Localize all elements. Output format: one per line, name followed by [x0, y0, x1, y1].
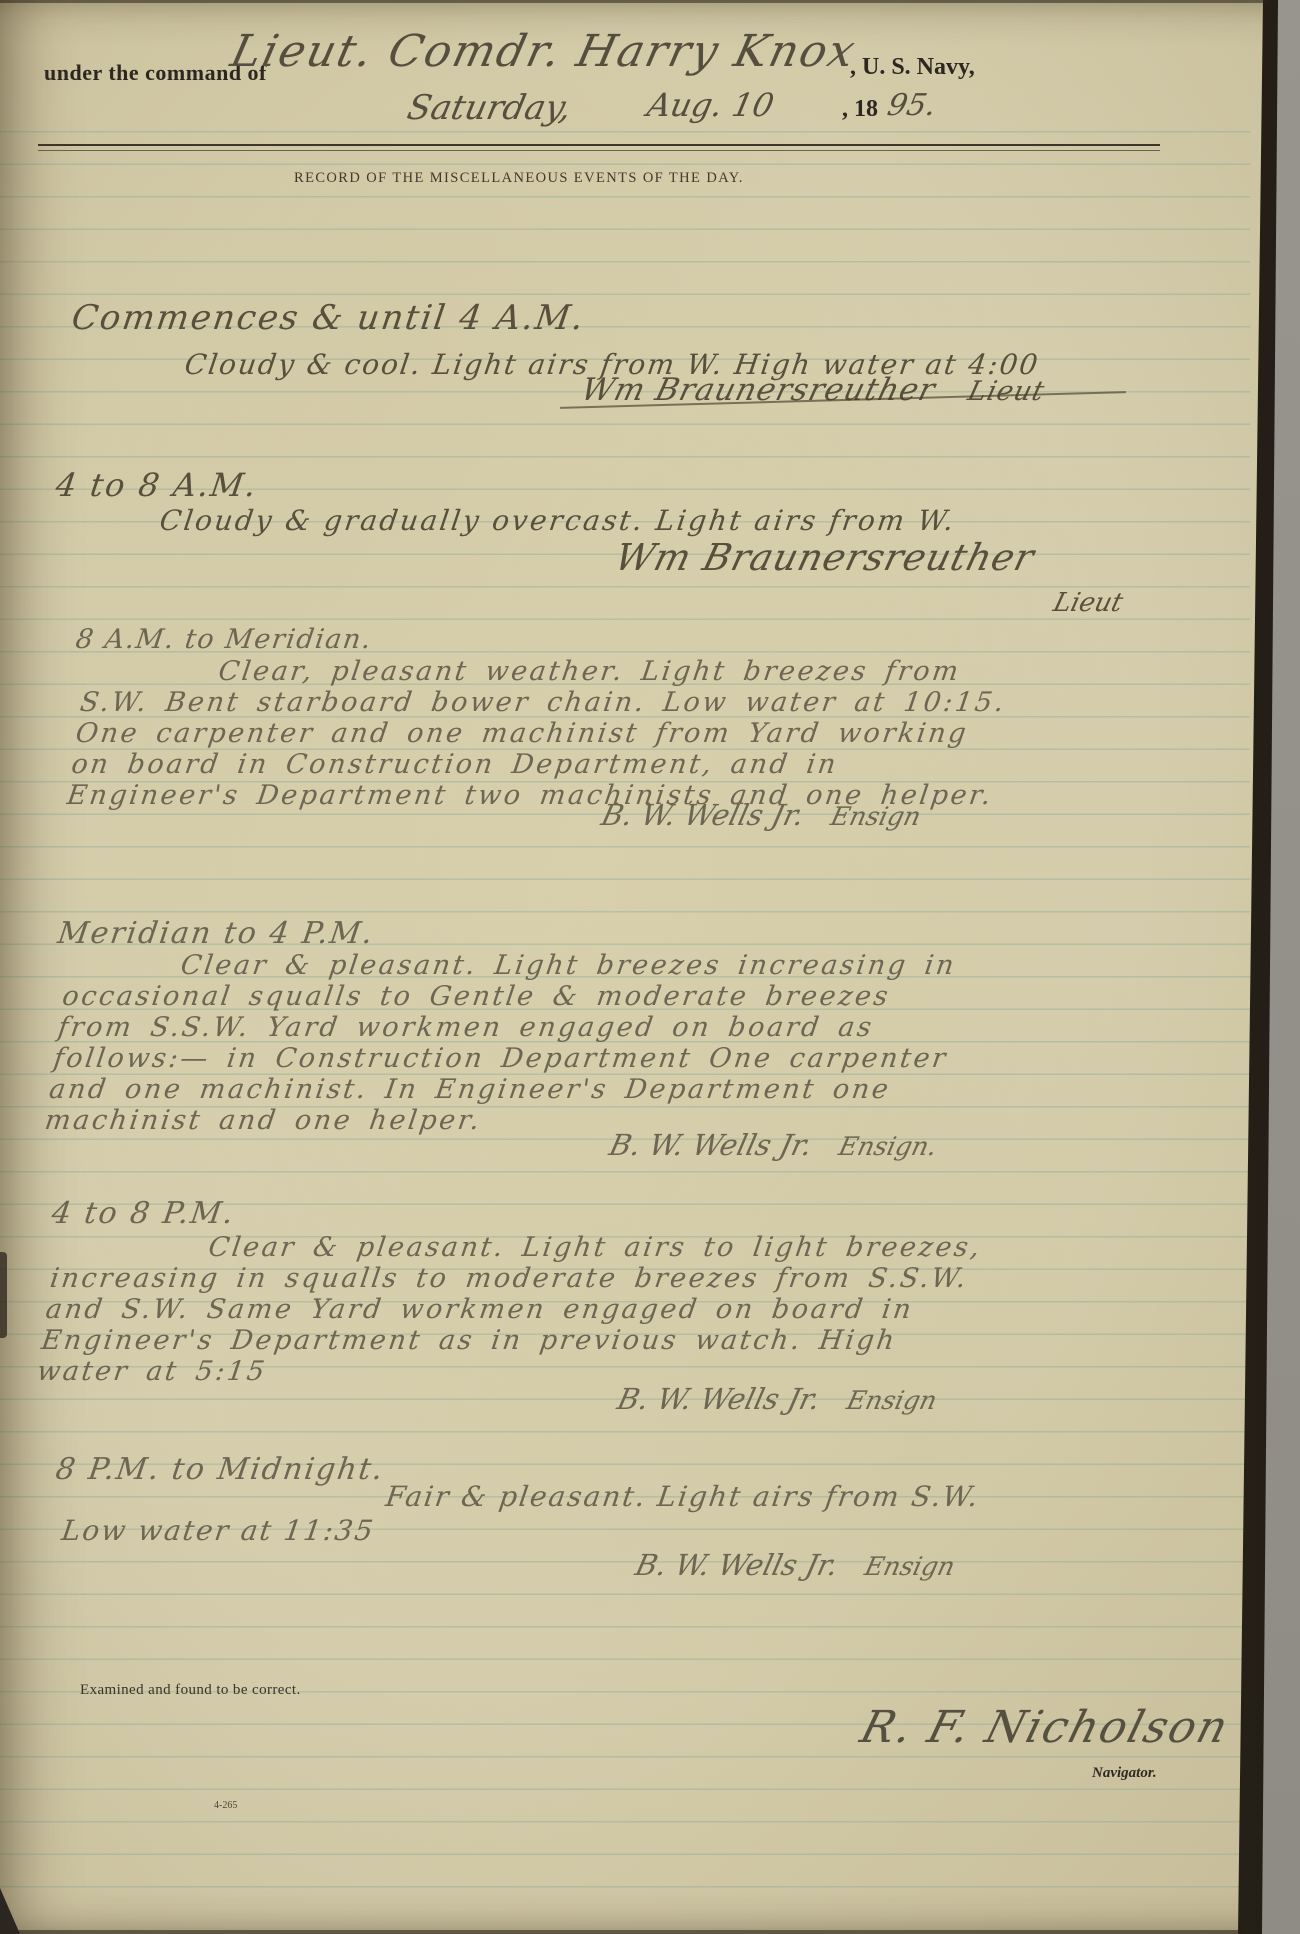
logbook-page-scan: under the command of Lieut. Comdr. Harry…: [0, 0, 1300, 1934]
signature-name: B. W. Wells Jr.: [632, 1548, 842, 1582]
entry-signature: B. W. Wells Jr.Ensign: [614, 1382, 941, 1416]
paper-sheet: under the command of Lieut. Comdr. Harry…: [0, 0, 1300, 1934]
signature-name: Wm Braunersreuther: [611, 536, 1039, 579]
entry-heading-8am-meridian: 8 A.M. to Meridian.: [74, 624, 374, 655]
printed-year-prefix: , 18: [842, 96, 878, 123]
entry-heading-8pm-midnight: 8 P.M. to Midnight.: [54, 1452, 387, 1487]
printed-us-navy: , U. S. Navy,: [850, 54, 975, 81]
entry-heading-meridian-4pm: Meridian to 4 P.M.: [56, 916, 377, 951]
entry-extra-note: Low water at 11:35: [60, 1514, 377, 1547]
entry-body: Clear & pleasant. Light breezes increasi…: [43, 950, 981, 1136]
day-handwritten: Saturday,: [404, 88, 575, 128]
year-handwritten: 95.: [884, 88, 939, 123]
commander-name-handwritten: Lieut. Comdr. Harry Knox: [226, 26, 861, 77]
entry-body: Clear, pleasant weather. Light breezes f…: [65, 656, 1035, 811]
date-handwritten: Aug. 10: [644, 86, 777, 124]
signature-rank: Lieut: [1050, 588, 1126, 618]
left-edge-mark: [0, 1252, 7, 1338]
navigator-signature: R. F. Nicholson: [855, 1702, 1235, 1753]
entry-signature: B. W. Wells Jr.Ensign.: [606, 1128, 941, 1162]
entry-heading-4to8pm: 4 to 8 P.M.: [50, 1196, 238, 1231]
signature-rank: Ensign: [844, 1386, 940, 1416]
signature-name: B. W. Wells Jr.: [598, 798, 808, 832]
entry-heading-commences: Commences & until 4 A.M.: [69, 298, 588, 338]
signature-rank: Lieut: [965, 376, 1049, 407]
scan-bottom-edge: [0, 1930, 1244, 1934]
entry-signature: B. W. Wells Jr.Ensign: [598, 798, 925, 832]
entry-body: Clear & pleasant. Light airs to light br…: [35, 1232, 987, 1387]
scan-top-edge: [0, 0, 1268, 3]
entry-signature: B. W. Wells Jr.Ensign: [632, 1548, 959, 1582]
entry-body: Fair & pleasant. Light airs from S.W.: [384, 1480, 982, 1513]
signature-rank: Ensign: [828, 802, 924, 832]
navigator-title: Navigator.: [1092, 1765, 1157, 1782]
form-number: 4-265: [214, 1800, 237, 1811]
signature-name: B. W. Wells Jr.: [614, 1382, 824, 1416]
section-title: RECORD OF THE MISCELLANEOUS EVENTS OF TH…: [294, 170, 744, 187]
examined-note: Examined and found to be correct.: [80, 1682, 301, 1699]
entry-heading-4to8am: 4 to 8 A.M.: [53, 466, 260, 504]
signature-name: B. W. Wells Jr.: [606, 1128, 816, 1162]
signature-rank: Ensign: [862, 1552, 958, 1582]
entry-signature: Wm BraunersreutherLieut: [578, 372, 1050, 408]
entry-body: Cloudy & gradually overcast. Light airs …: [158, 504, 958, 537]
header-double-rule: [38, 144, 1160, 151]
signature-rank: Ensign.: [836, 1132, 940, 1162]
